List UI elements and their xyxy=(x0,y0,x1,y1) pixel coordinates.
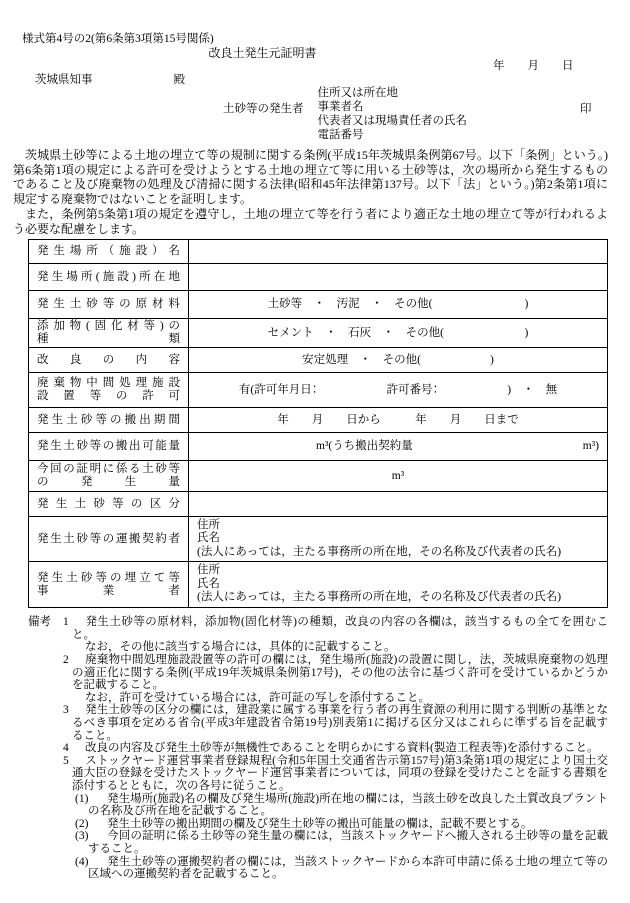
remark-item-2: 2廃棄物中間処理施設設置等の許可の欄には，発生場所(施設)の設置に関し，法，茨城… xyxy=(63,654,608,692)
row-label-line2: 事業者 xyxy=(37,585,180,598)
row-label-line2: 設置等の許可 xyxy=(37,390,180,403)
issuer-block: 土砂等の発生者 住所又は所在地 事業者名 代表者又は現場責任者の氏名 電話番号 xyxy=(223,86,467,142)
intro-paragraph-2: また，条例第5条第1項の規定を遵守し，土地の埋立て等を行う者により適正な土地の埋… xyxy=(13,207,608,236)
volume-unit-suffix: m³) xyxy=(583,440,599,453)
row-value-empty xyxy=(189,240,608,264)
subremark-text: 発生土砂等の運搬契約者の欄には，当該ストックヤードから本許可申請に係る土地の埋立… xyxy=(88,856,608,881)
row-label: 今回の証明に係る土砂等 xyxy=(37,463,180,476)
subremark-text: 今回の証明に係る土砂等の発生量の欄には，当該ストックヤードへ搬入される土砂等の量… xyxy=(88,830,608,855)
subremark-text: 発生場所(施設)名の欄及び発生場所(施設)所在地の欄には，当該土砂を改良した土質… xyxy=(88,793,608,818)
row-value-unit: m³ xyxy=(189,461,608,492)
issuer-phone-label: 電話番号 xyxy=(318,128,468,142)
date-line: 年 月 日 xyxy=(493,57,574,73)
operator-corporate-note: (法人にあっては，主たる事務所の所在地，その名称及び代表者の氏名) xyxy=(197,591,599,605)
remark-item-5-sub-3: (3)今回の証明に係る土砂等の発生量の欄には，当該ストックヤードへ搬入される土砂… xyxy=(63,830,608,855)
row-label: 廃棄物中間処理施設 xyxy=(37,377,180,390)
row-label: 発生土砂等の搬出期間 xyxy=(37,414,180,427)
seal-mark: 印 xyxy=(580,100,592,116)
remark-number: 3 xyxy=(63,704,85,717)
issuer-lines: 住所又は所在地 事業者名 代表者又は現場責任者の氏名 電話番号 xyxy=(318,86,468,142)
table-row-improvement: 改良の内容 安定処理 ・ その他( ) xyxy=(29,348,608,373)
remark-item-5-sub-2: (2)発生土砂等の搬出期間の欄及び発生土砂等の搬出可能量の欄は，記載不要とする。 xyxy=(63,818,608,831)
table-row-transport-contractor: 発生土砂等の運搬契約者 住所 氏名 (法人にあっては，主たる事務所の所在地，その… xyxy=(29,517,608,562)
operator-address-label: 住所 xyxy=(197,564,599,578)
addressee-line: 茨城県知事 殿 xyxy=(35,71,185,87)
remark-item-1: 1発生土砂等の原材料，添加物(固化材等)の種類，改良の内容の各欄は，該当するもの… xyxy=(63,616,608,641)
remark-text: 発生土砂等の区分の欄には，建設業に属する事業を行う者の再生資源の利用に関する判断… xyxy=(72,704,608,741)
subremark-text: 発生土砂等の搬出期間の欄及び発生土砂等の搬出可能量の欄は，記載不要とする。 xyxy=(107,818,533,830)
table-row-place-name: 発生場所（施設）名 xyxy=(29,240,608,264)
issuer-address-label: 住所又は所在地 xyxy=(318,86,468,100)
subremark-number: (1) xyxy=(75,793,107,806)
issuer-business-name-label: 事業者名 xyxy=(318,100,468,114)
table-row-classification: 発生土砂等の区分 xyxy=(29,492,608,517)
remarks-list: 1発生土砂等の原材料，添加物(固化材等)の種類，改良の内容の各欄は，該当するもの… xyxy=(63,616,608,880)
volume-unit-prefix: m³(うち搬出契約量 xyxy=(316,440,413,453)
remark-number: 2 xyxy=(63,654,85,667)
table-row-additive: 添加物(固化材等)の 種類 セメント ・ 石灰 ・ その他( ) xyxy=(29,319,608,348)
remark-number: 4 xyxy=(63,742,85,755)
intro-paragraph-1: 茨城県土砂等による土地の埋立て等の規制に関する条例(平成15年茨城県条例第67号… xyxy=(13,148,608,207)
row-value-options: 安定処理 ・ その他( ) xyxy=(189,348,608,373)
contractor-corporate-note: (法人にあっては，主たる事務所の所在地，その名称及び代表者の氏名) xyxy=(197,546,599,560)
remark-text: 廃棄物中間処理施設設置等の許可の欄には，発生場所(施設)の設置に関し，法，茨城県… xyxy=(72,654,608,691)
row-value-lines: 住所 氏名 (法人にあっては，主たる事務所の所在地，その名称及び代表者の氏名) xyxy=(197,519,599,560)
document-body: 茨城県土砂等による土地の埋立て等の規制に関する条例(平成15年茨城県条例第67号… xyxy=(13,148,608,881)
table-row-carryout-period: 発生土砂等の搬出期間 年 月 日から 年 月 日まで xyxy=(29,408,608,433)
remark-item-5-sub-1: (1)発生場所(施設)名の欄及び発生場所(施設)所在地の欄には，当該土砂を改良し… xyxy=(63,793,608,818)
row-label-line2: 種類 xyxy=(37,333,180,346)
contractor-name-label: 氏名 xyxy=(197,532,599,546)
table-row-place-address: 発生場所(施設)所在地 xyxy=(29,264,608,291)
row-label: 改良の内容 xyxy=(37,354,180,367)
remark-item-3: 3発生土砂等の区分の欄には，建設業に属する事業を行う者の再生資源の利用に関する判… xyxy=(63,704,608,742)
subremark-number: (2) xyxy=(75,818,107,831)
row-label: 発生場所（施設）名 xyxy=(37,245,180,258)
operator-name-label: 氏名 xyxy=(197,578,599,592)
remark-item-4: 4改良の内容及び発生土砂等が無機性であることを明らかにする資料(製造工程表等)を… xyxy=(63,742,608,755)
addressee-honorific: 殿 xyxy=(174,71,186,87)
row-value-period: 年 月 日から 年 月 日まで xyxy=(189,408,608,433)
row-value-options: 土砂等 ・ 汚泥 ・ その他( ) xyxy=(189,291,608,319)
row-value-lines: 住所 氏名 (法人にあっては，主たる事務所の所在地，その名称及び代表者の氏名) xyxy=(197,564,599,605)
remark-text: 発生土砂等の原材料，添加物(固化材等)の種類，改良の内容の各欄は，該当するもの全… xyxy=(72,616,608,641)
remarks-label: 備考 xyxy=(28,616,55,880)
remark-item-2-note: なお，許可を受けている場合には，許可証の写しを添付すること。 xyxy=(63,692,608,705)
row-value-empty xyxy=(189,492,608,517)
subremark-number: (3) xyxy=(75,830,107,843)
remark-item-1-note: なお，その他に該当する場合には，具体的に記載すること。 xyxy=(63,641,608,654)
remark-item-5-sub-4: (4)発生土砂等の運搬契約者の欄には，当該ストックヤードから本許可申請に係る土地… xyxy=(63,856,608,881)
table-row-carryout-volume: 発生土砂等の搬出可能量 m³(うち搬出契約量 m³) xyxy=(29,433,608,461)
table-row-permit: 廃棄物中間処理施設 設置等の許可 有(許可年月日： 許可番号： ) ・ 無 xyxy=(29,373,608,408)
table-row-certified-volume: 今回の証明に係る土砂等 の発生量 m³ xyxy=(29,461,608,492)
contractor-address-label: 住所 xyxy=(197,519,599,533)
row-label: 発生土砂等の運搬契約者 xyxy=(37,533,180,546)
page-title: 改良土発生元証明書 xyxy=(0,44,525,61)
remark-item-5: 5ストックヤード運営事業者登録規程(令和5年国土交通省告示第157号)第3条第1… xyxy=(63,755,608,793)
row-value-options: 有(許可年月日： 許可番号： ) ・ 無 xyxy=(189,373,608,408)
row-label-line2: の発生量 xyxy=(37,476,180,489)
row-label: 発生土砂等の原材料 xyxy=(37,298,180,311)
row-label: 発生土砂等の埋立て等 xyxy=(37,572,180,585)
row-value-volume: m³(うち搬出契約量 m³) xyxy=(197,440,599,453)
certificate-table: 発生場所（施設）名 発生場所(施設)所在地 発生土砂等の原材料 土砂等 ・ 汚泥… xyxy=(28,239,608,608)
row-label: 発生場所(施設)所在地 xyxy=(37,271,180,284)
row-label: 発生土砂等の搬出可能量 xyxy=(37,440,180,453)
issuer-label: 土砂等の発生者 xyxy=(223,100,304,142)
addressee-name: 茨城県知事 xyxy=(35,71,93,87)
document-page: 様式第4号の2(第6条第3項第15号関係) 改良土発生元証明書 年 月 日 茨城… xyxy=(0,0,630,903)
row-label: 添加物(固化材等)の xyxy=(37,320,180,333)
remark-number: 5 xyxy=(63,755,85,768)
remarks-section: 備考 1発生土砂等の原材料，添加物(固化材等)の種類，改良の内容の各欄は，該当す… xyxy=(28,616,608,880)
remark-number: 1 xyxy=(63,616,85,629)
row-value-options: セメント ・ 石灰 ・ その他( ) xyxy=(189,319,608,348)
row-label: 発生土砂等の区分 xyxy=(37,498,180,511)
table-row-landfill-operator: 発生土砂等の埋立て等 事業者 住所 氏名 (法人にあっては，主たる事務所の所在地… xyxy=(29,562,608,608)
remark-text: 改良の内容及び発生土砂等が無機性であることを明らかにする資料(製造工程表等)を添… xyxy=(85,742,599,754)
row-value-empty xyxy=(189,264,608,291)
issuer-representative-label: 代表者又は現場責任者の氏名 xyxy=(318,114,468,128)
subremark-number: (4) xyxy=(75,856,107,869)
table-row-raw-material: 発生土砂等の原材料 土砂等 ・ 汚泥 ・ その他( ) xyxy=(29,291,608,319)
remark-text: ストックヤード運営事業者登録規程(令和5年国土交通省告示第157号)第3条第1項… xyxy=(72,755,608,792)
